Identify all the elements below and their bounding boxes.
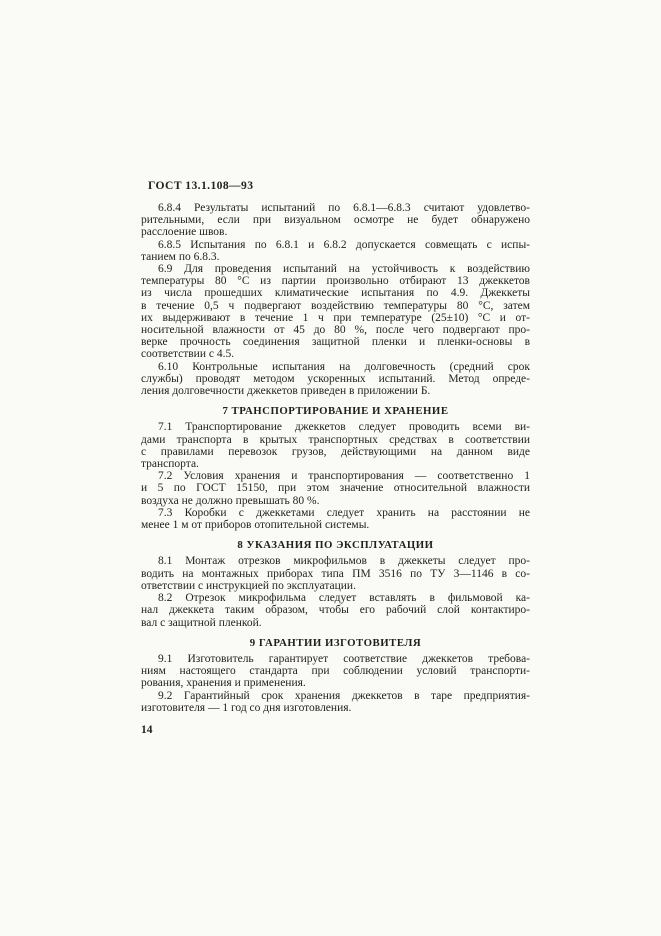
paragraph: 9.1 Изготовитель гарантирует соответстви…: [141, 653, 530, 690]
document-page: ГОСТ 13.1.108—93 6.8.4 Результаты испыта…: [0, 0, 661, 936]
text-line: ления долговечности джеккетов приведен в…: [141, 385, 530, 397]
text-line: 7.1 Транспортирование джеккетов следует …: [141, 421, 530, 433]
page-number: 14: [141, 724, 153, 736]
text-line: транспорта.: [141, 458, 530, 470]
text-line: их выдерживают в течение 1 ч при темпера…: [141, 312, 530, 324]
text-line: 8.1 Монтаж отрезков микрофильмов в джекк…: [141, 555, 530, 567]
text-line: нал джеккета таким образом, чтобы его ра…: [141, 604, 530, 616]
document-code: ГОСТ 13.1.108—93: [148, 179, 253, 192]
text-line: 6.10 Контрольные испытания на долговечно…: [141, 361, 530, 373]
text-line: службы) проводят методом ускоренных испы…: [141, 373, 530, 385]
text-line: с правилами перевозок грузов, действующи…: [141, 446, 530, 458]
text-line: изготовителя — 1 год со дня изготовления…: [141, 702, 530, 714]
text-line: дами транспорта в крытых транспортных ср…: [141, 434, 530, 446]
text-line: соответствии с 4.5.: [141, 348, 530, 360]
section-heading: 7 ТРАНСПОРТИРОВАНИЕ И ХРАНЕНИЕ: [141, 405, 530, 417]
text-line: из числа прошедших климатические испытан…: [141, 287, 530, 299]
paragraph: 7.2 Условия хранения и транспортирования…: [141, 470, 530, 507]
text-line: рительными, если при визуальном осмотре …: [141, 214, 530, 226]
text-line: ответствии с инструкцией по эксплуатации…: [141, 580, 530, 592]
text-line: 8.2 Отрезок микрофильма следует вставлят…: [141, 592, 530, 604]
text-line: менее 1 м от приборов отопительной систе…: [141, 519, 530, 531]
text-line: 7.2 Условия хранения и транспортирования…: [141, 470, 530, 482]
document-body: 6.8.4 Результаты испытаний по 6.8.1—6.8.…: [141, 202, 530, 714]
text-line: рования, хранения и применения.: [141, 677, 530, 689]
paragraph: 6.10 Контрольные испытания на долговечно…: [141, 361, 530, 398]
paragraph: 6.8.5 Испытания по 6.8.1 и 6.8.2 допуска…: [141, 239, 530, 263]
text-line: воздуха не должно превышать 80 %.: [141, 495, 530, 507]
paragraph: 6.9 Для проведения испытаний на устойчив…: [141, 263, 530, 361]
text-line: верке прочность соединения защитной плен…: [141, 336, 530, 348]
text-line: танием по 6.8.3.: [141, 251, 530, 263]
text-line: расслоение швов.: [141, 226, 530, 238]
text-line: ниям настоящего стандарта при соблюдении…: [141, 665, 530, 677]
paragraph: 9.2 Гарантийный срок хранения джеккетов …: [141, 690, 530, 714]
text-line: 7.3 Коробки с джеккетами следует хранить…: [141, 507, 530, 519]
text-line: и 5 по ГОСТ 15150, при этом значение отн…: [141, 482, 530, 494]
text-line: температуры 80 °С из партии произвольно …: [141, 275, 530, 287]
text-line: 6.8.4 Результаты испытаний по 6.8.1—6.8.…: [141, 202, 530, 214]
section-heading: 9 ГАРАНТИИ ИЗГОТОВИТЕЛЯ: [141, 637, 530, 649]
text-line: носительной влажности от 45 до 80 %, пос…: [141, 324, 530, 336]
paragraph: 8.1 Монтаж отрезков микрофильмов в джекк…: [141, 555, 530, 592]
text-line: вал с защитной пленкой.: [141, 617, 530, 629]
paragraph: 7.3 Коробки с джеккетами следует хранить…: [141, 507, 530, 531]
section-heading: 8 УКАЗАНИЯ ПО ЭКСПЛУАТАЦИИ: [141, 539, 530, 551]
paragraph: 8.2 Отрезок микрофильма следует вставлят…: [141, 592, 530, 629]
text-line: водить на монтажных приборах типа ПМ 351…: [141, 568, 530, 580]
text-line: 6.9 Для проведения испытаний на устойчив…: [141, 263, 530, 275]
paragraph: 6.8.4 Результаты испытаний по 6.8.1—6.8.…: [141, 202, 530, 239]
text-line: в течение 0,5 ч подвергают воздействию т…: [141, 300, 530, 312]
text-line: 9.2 Гарантийный срок хранения джеккетов …: [141, 690, 530, 702]
paragraph: 7.1 Транспортирование джеккетов следует …: [141, 421, 530, 470]
text-line: 9.1 Изготовитель гарантирует соответстви…: [141, 653, 530, 665]
text-line: 6.8.5 Испытания по 6.8.1 и 6.8.2 допуска…: [141, 239, 530, 251]
